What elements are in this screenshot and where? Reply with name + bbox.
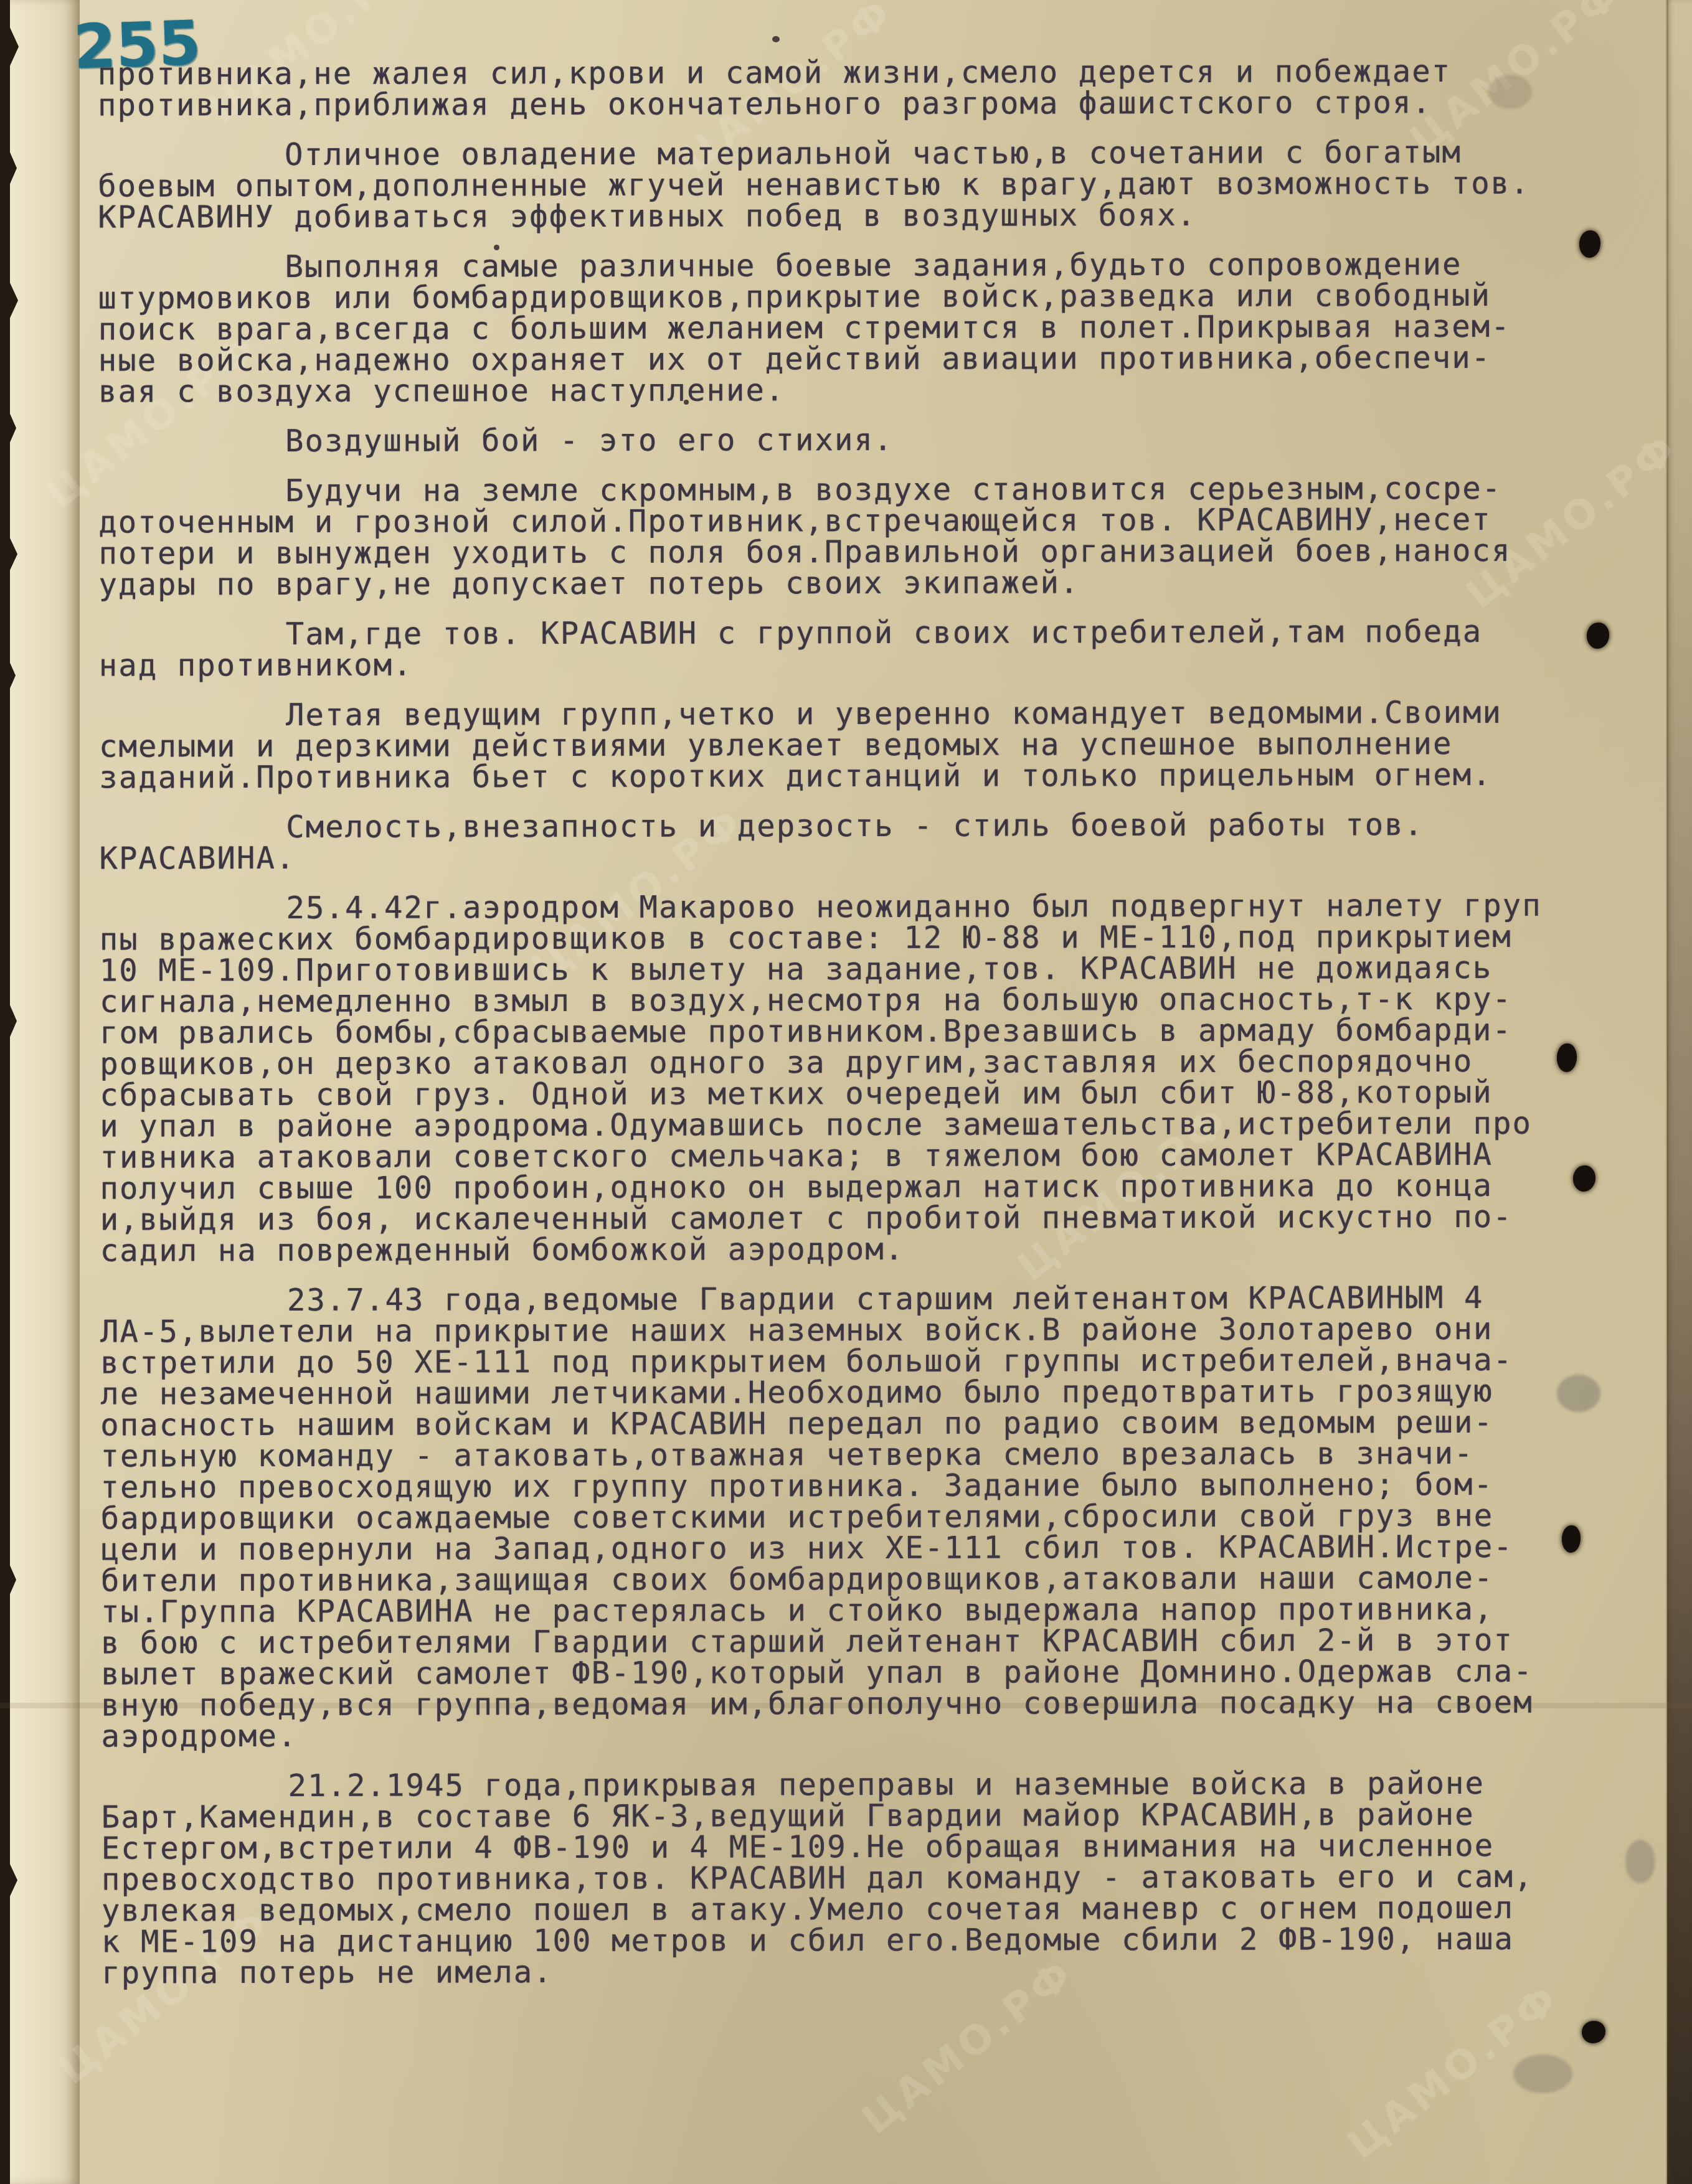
text-line: ные войска,надежно охраняет их от действ… <box>98 342 1630 376</box>
text-line: над противником. <box>99 647 1631 681</box>
text-line: вную победу,вся группа,ведомая им,благоп… <box>101 1687 1633 1721</box>
text-line: потери и вынужден уходить с поля боя.Пра… <box>98 535 1630 569</box>
text-line: садил на поврежденный бомбожкой аэродром… <box>100 1232 1632 1266</box>
text-line: КРАСАВИНУ добиваться эффективных побед в… <box>98 199 1630 233</box>
text-line: Там,где тов. КРАСАВИН с группой своих ис… <box>99 616 1631 650</box>
paragraph: Смелость,внезапность и дерзость - стиль … <box>99 809 1631 874</box>
paragraph: противника,не жалея сил,крови и самой жи… <box>98 55 1630 121</box>
ink-speck <box>772 36 780 42</box>
text-line: к МЕ-109 на дистанцию 100 метров и сбил … <box>102 1923 1633 1957</box>
paragraph: Воздушный бой - это его стихия. <box>98 423 1630 457</box>
text-line: Воздушный бой - это его стихия. <box>98 423 1630 457</box>
paragraph: 23.7.43 года,ведомые Гвардии старшим лей… <box>100 1282 1633 1752</box>
text-line: Смелость,внезапность и дерзость - стиль … <box>99 809 1631 843</box>
paragraph: Выполняя самые различные боевые задания,… <box>98 248 1630 407</box>
text-line: боевым опытом,дополненные жгучей ненавис… <box>98 167 1630 202</box>
paragraph: 21.2.1945 года,прикрывая переправы и наз… <box>101 1767 1633 1989</box>
typewritten-text: противника,не жалея сил,крови и самой жи… <box>98 55 1634 2007</box>
fold-crease-vertical <box>1666 0 1668 2184</box>
text-line: противника,приближая день окончательного… <box>98 87 1630 121</box>
scan-dark-edge-left <box>0 0 10 2184</box>
paragraph: Там,где тов. КРАСАВИН с группой своих ис… <box>99 616 1631 681</box>
scanned-document-page: ЦАМО.РФ ЦАМО.РФ ЦАМО.РФ ЦАМО.РФ ЦАМО.РФ … <box>0 0 1692 2184</box>
paragraph: Летая ведущим групп,четко и уверенно ком… <box>99 697 1631 793</box>
paragraph: Будучи на земле скромным,в воздухе стано… <box>98 473 1630 600</box>
text-line: группа потерь не имела. <box>102 1954 1633 1989</box>
paragraph: Отличное овладение материальной частью,в… <box>98 136 1630 233</box>
punch-hole <box>1582 2021 1605 2043</box>
paragraph: 25.4.42г.аэродром Макарово неожиданно бы… <box>100 890 1632 1266</box>
text-line: вая с воздуха успешное наступление. <box>98 373 1630 407</box>
text-line: и,выйдя из боя, искалеченный самолет с п… <box>100 1201 1632 1235</box>
text-line: аэродроме. <box>101 1718 1633 1752</box>
text-line: КРАСАВИНА. <box>99 840 1631 874</box>
page-left-margin-edge <box>9 0 80 2184</box>
scan-dark-edge-right <box>1667 0 1692 2184</box>
smudge <box>1513 2055 1572 2093</box>
text-line: заданий.Противника бьет с коротких диста… <box>99 759 1631 793</box>
text-line: удары по врагу,не допускает потерь своих… <box>98 566 1630 600</box>
